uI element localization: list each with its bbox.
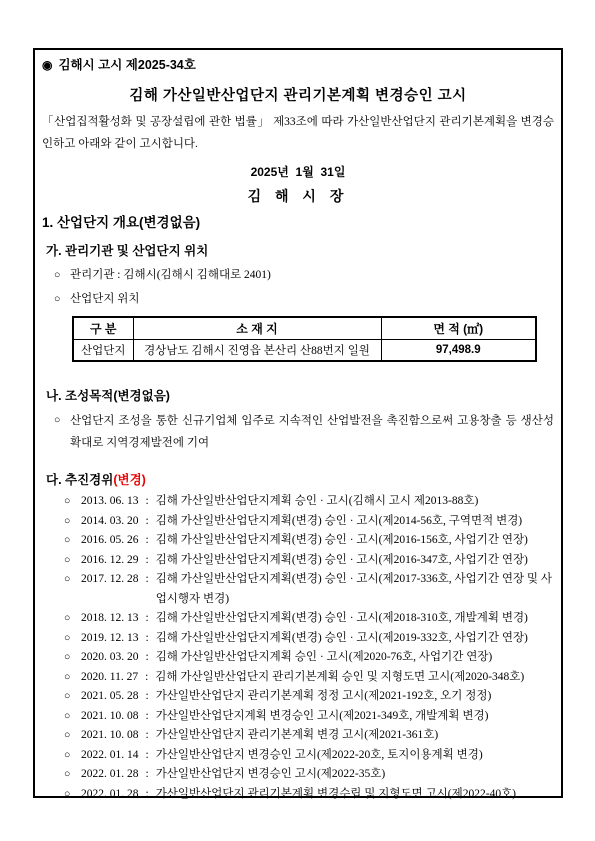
history-item: ○ 2016. 12. 29 : 김해 가산일반산업단지계획(변경) 승인 · … xyxy=(64,551,554,571)
location-item-text: 관리기관 : 김해시(김해시 김해대로 2401) xyxy=(70,268,554,283)
history-text: 김해 가산일반산업단지계획 승인 · 고시(제2020-76호, 사업기간 연장… xyxy=(156,648,554,668)
history-separator: : xyxy=(139,726,156,746)
industrial-complex-table: 구 분 소 재 지 면 적 (㎡) 산업단지 경상남도 김해시 진영읍 본산리 … xyxy=(72,316,537,362)
sub-history-heading-label: 다. 추진경위 xyxy=(46,473,113,487)
history-date: 2017. 12. 28 xyxy=(81,570,139,609)
history-item: ○ 2016. 05. 26 : 김해 가산일반산업단지계획(변경) 승인 · … xyxy=(64,531,554,551)
history-item: ○ 2013. 06. 13 : 김해 가산일반산업단지계획 승인 · 고시(김… xyxy=(64,492,554,512)
circle-bullet-icon: ○ xyxy=(64,746,81,766)
history-text: 가산일반산업단지 관리기본계획 정정 고시(제2021-192호, 오기 정정) xyxy=(156,687,554,707)
purpose-item-text: 산업단지 조성을 통한 신규기업체 입주로 지속적인 산업발전을 촉진함으로써 … xyxy=(70,410,554,454)
history-item: ○ 2022. 01. 28 : 가산일반산업단지 변경승인 고시(제2022-… xyxy=(64,765,554,785)
table-header-area: 면 적 (㎡) xyxy=(381,317,536,339)
history-date: 2021. 10. 08 xyxy=(81,707,139,727)
circle-bullet-icon: ○ xyxy=(54,268,70,283)
section-overview-heading: 1. 산업단지 개요(변경없음) xyxy=(42,214,554,231)
history-date: 2022. 01. 14 xyxy=(81,746,139,766)
sub-history-heading: 다. 추진경위(변경) xyxy=(46,472,554,488)
circle-bullet-icon: ○ xyxy=(64,668,81,688)
history-item: ○ 2020. 11. 27 : 김해 가산일반산업단지 관리기본계획 승인 및… xyxy=(64,668,554,688)
notice-number-line: ◉ 김해시 고시 제2025-34호 xyxy=(42,57,554,73)
circle-bullet-icon: ○ xyxy=(64,648,81,668)
location-item-text: 산업단지 위치 xyxy=(70,292,554,307)
history-item: ○ 2018. 12. 13 : 김해 가산일반산업단지계획(변경) 승인 · … xyxy=(64,609,554,629)
circle-bullet-icon: ○ xyxy=(64,785,81,805)
table-cell-area: 97,498.9 xyxy=(381,339,536,361)
history-date: 2018. 12. 13 xyxy=(81,609,139,629)
history-text: 김해 가산일반산업단지계획(변경) 승인 · 고시(제2018-310호, 개발… xyxy=(156,609,554,629)
history-item: ○ 2014. 03. 20 : 김해 가산일반산업단지계획(변경) 승인 · … xyxy=(64,512,554,532)
circle-bullet-icon: ○ xyxy=(64,687,81,707)
circle-bullet-icon: ○ xyxy=(64,551,81,571)
history-text: 가산일반산업단지 변경승인 고시(제2022-35호) xyxy=(156,765,554,785)
circle-bullet-icon: ○ xyxy=(64,492,81,512)
circle-bullet-icon: ○ xyxy=(54,292,70,307)
history-item: ○ 2021. 10. 08 : 가산일반산업단지계획 변경승인 고시(제202… xyxy=(64,707,554,727)
history-list: ○ 2013. 06. 13 : 김해 가산일반산업단지계획 승인 · 고시(김… xyxy=(42,492,554,804)
history-separator: : xyxy=(139,746,156,766)
history-separator: : xyxy=(139,765,156,785)
document-page: ◉ 김해시 고시 제2025-34호 김해 가산일반산업단지 관리기본계획 변경… xyxy=(0,0,595,841)
history-text: 가산일반산업단지 관리기본계획 변경 고시(제2021-361호) xyxy=(156,726,554,746)
circle-bullet-icon: ○ xyxy=(64,765,81,785)
table-header-row: 구 분 소 재 지 면 적 (㎡) xyxy=(73,317,536,339)
history-text: 가산일반산업단지계획 변경승인 고시(제2021-349호, 개발계획 변경) xyxy=(156,707,554,727)
notice-date: 2025년 1월 31일 xyxy=(42,164,554,180)
table-header-address: 소 재 지 xyxy=(133,317,381,339)
history-date: 2019. 12. 13 xyxy=(81,629,139,649)
circle-bullet-icon: ○ xyxy=(64,512,81,532)
history-text: 김해 가산일반산업단지계획 승인 · 고시(김해시 고시 제2013-88호) xyxy=(156,492,554,512)
history-separator: : xyxy=(139,648,156,668)
sub-location-heading: 가. 관리기관 및 산업단지 위치 xyxy=(46,243,554,259)
table-header-type: 구 분 xyxy=(73,317,133,339)
circle-bullet-icon: ○ xyxy=(64,531,81,551)
history-item: ○ 2019. 12. 13 : 김해 가산일반산업단지계획(변경) 승인 · … xyxy=(64,629,554,649)
history-text: 김해 가산일반산업단지계획(변경) 승인 · 고시(제2014-56호, 구역면… xyxy=(156,512,554,532)
history-item: ○ 2022. 01. 14 : 가산일반산업단지 변경승인 고시(제2022-… xyxy=(64,746,554,766)
history-separator: : xyxy=(138,668,155,688)
history-separator: : xyxy=(139,707,156,727)
history-separator: : xyxy=(139,570,156,609)
history-date: 2014. 03. 20 xyxy=(81,512,139,532)
history-separator: : xyxy=(139,492,156,512)
history-text: 김해 가산일반산업단지계획(변경) 승인 · 고시(제2016-347호, 사업… xyxy=(156,551,554,571)
history-date: 2020. 11. 27 xyxy=(81,668,138,688)
history-date: 2016. 12. 29 xyxy=(81,551,139,571)
history-text: 김해 가산일반산업단지계획(변경) 승인 · 고시(제2016-156호, 사업… xyxy=(156,531,554,551)
history-separator: : xyxy=(139,551,156,571)
history-item: ○ 2017. 12. 28 : 김해 가산일반산업단지계획(변경) 승인 · … xyxy=(64,570,554,609)
history-text: 가산일반산업단지 관리기본계획 변경수립 및 지형도면 고시(제2022-40호… xyxy=(156,785,554,805)
location-item-agency: ○ 관리기관 : 김해시(김해시 김해대로 2401) xyxy=(54,268,554,283)
history-date: 2020. 03. 20 xyxy=(81,648,139,668)
history-date: 2021. 10. 08 xyxy=(81,726,139,746)
history-text: 김해 가산일반산업단지 관리기본계획 승인 및 지형도면 고시(제2020-34… xyxy=(155,668,554,688)
circle-bullet-icon: ○ xyxy=(64,570,81,609)
history-date: 2016. 05. 26 xyxy=(81,531,139,551)
table-cell-type: 산업단지 xyxy=(73,339,133,361)
history-separator: : xyxy=(139,609,156,629)
history-item: ○ 2020. 03. 20 : 김해 가산일반산업단지계획 승인 · 고시(제… xyxy=(64,648,554,668)
change-tag: (변경) xyxy=(113,473,145,487)
history-item: ○ 2021. 10. 08 : 가산일반산업단지 관리기본계획 변경 고시(제… xyxy=(64,726,554,746)
history-separator: : xyxy=(139,785,156,805)
circle-bullet-icon: ○ xyxy=(54,410,70,454)
history-item: ○ 2021. 05. 28 : 가산일반산업단지 관리기본계획 정정 고시(제… xyxy=(64,687,554,707)
history-date: 2013. 06. 13 xyxy=(81,492,139,512)
history-text: 김해 가산일반산업단지계획(변경) 승인 · 고시(제2017-336호, 사업… xyxy=(156,570,554,609)
history-separator: : xyxy=(139,531,156,551)
purpose-item: ○ 산업단지 조성을 통한 신규기업체 입주로 지속적인 산업발전을 촉진함으로… xyxy=(54,410,554,454)
circle-bullet-icon: ○ xyxy=(64,609,81,629)
table-cell-address: 경상남도 김해시 진영읍 본산리 산88번지 일원 xyxy=(133,339,381,361)
intro-paragraph: 「산업집적활성화 및 공장설립에 관한 법률」 제33조에 따라 가산일반산업단… xyxy=(42,111,554,155)
table-row: 산업단지 경상남도 김해시 진영읍 본산리 산88번지 일원 97,498.9 xyxy=(73,339,536,361)
history-date: 2022. 01. 28 xyxy=(81,785,139,805)
fisheye-bullet-icon: ◉ xyxy=(42,57,52,73)
history-separator: : xyxy=(139,512,156,532)
sub-purpose-heading: 나. 조성목적(변경없음) xyxy=(46,388,554,404)
circle-bullet-icon: ○ xyxy=(64,629,81,649)
history-date: 2021. 05. 28 xyxy=(81,687,139,707)
mayor-signature: 김 해 시 장 xyxy=(42,187,554,205)
history-date: 2022. 01. 28 xyxy=(81,765,139,785)
document-title: 김해 가산일반산업단지 관리기본계획 변경승인 고시 xyxy=(42,87,554,105)
circle-bullet-icon: ○ xyxy=(64,726,81,746)
location-item-position: ○ 산업단지 위치 xyxy=(54,292,554,307)
history-separator: : xyxy=(139,629,156,649)
notice-number: 김해시 고시 제2025-34호 xyxy=(58,57,195,73)
history-separator: : xyxy=(139,687,156,707)
circle-bullet-icon: ○ xyxy=(64,707,81,727)
history-item: ○ 2022. 01. 28 : 가산일반산업단지 관리기본계획 변경수립 및 … xyxy=(64,785,554,805)
history-text: 김해 가산일반산업단지계획(변경) 승인 · 고시(제2019-332호, 사업… xyxy=(156,629,554,649)
history-text: 가산일반산업단지 변경승인 고시(제2022-20호, 토지이용계획 변경) xyxy=(156,746,554,766)
document-border-frame: ◉ 김해시 고시 제2025-34호 김해 가산일반산업단지 관리기본계획 변경… xyxy=(33,48,563,798)
